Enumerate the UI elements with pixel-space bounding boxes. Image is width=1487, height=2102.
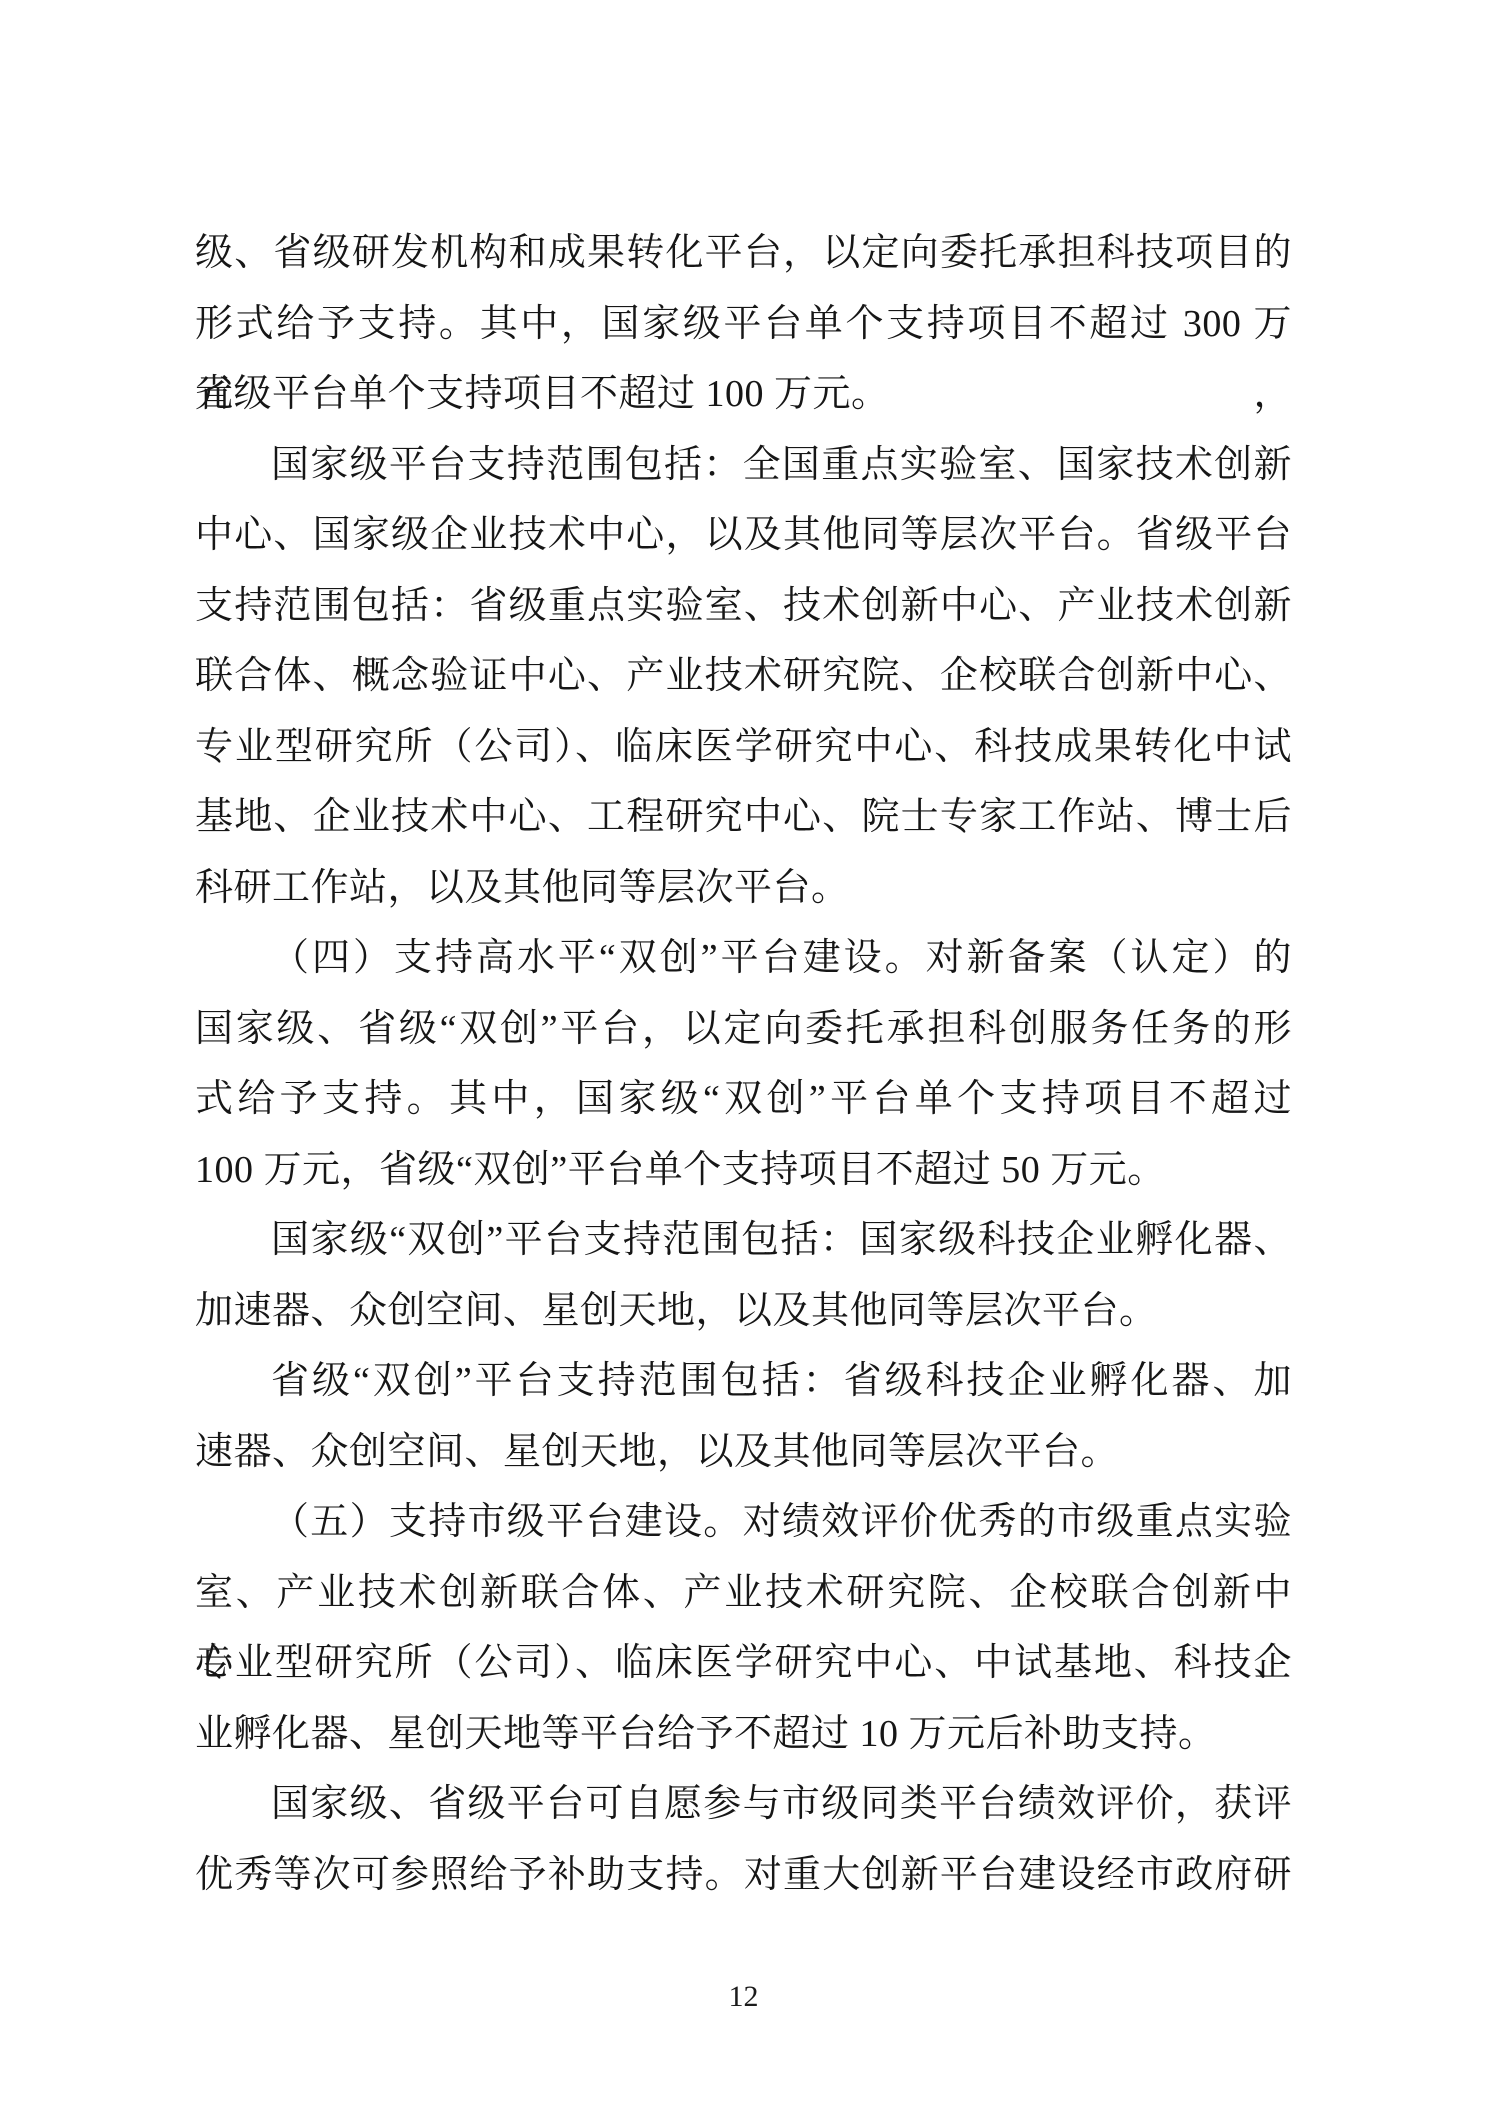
text-line: 100 万元，省级“双创”平台单个支持项目不超过 50 万元。 [195,1135,1292,1206]
document-body: 级、省级研发机构和成果转化平台，以定向委托承担科技项目的形式给予支持。其中，国家… [195,218,1292,1910]
text-line: 形式给予支持。其中，国家级平台单个支持项目不超过 300 万元， [195,289,1292,360]
text-line: 速器、众创空间、星创天地，以及其他同等层次平台。 [195,1417,1292,1488]
text-line: 联合体、概念验证中心、产业技术研究院、企校联合创新中心、 [195,641,1292,712]
text-line: 级、省级研发机构和成果转化平台，以定向委托承担科技项目的 [195,218,1292,289]
text-line: 省级“双创”平台支持范围包括：省级科技企业孵化器、加 [195,1346,1292,1417]
text-line: （五）支持市级平台建设。对绩效评价优秀的市级重点实验 [195,1487,1292,1558]
text-line: 国家级、省级“双创”平台，以定向委托承担科创服务任务的形 [195,994,1292,1065]
text-line: 国家级“双创”平台支持范围包括：国家级科技企业孵化器、 [195,1205,1292,1276]
page-number: 12 [0,1981,1487,2013]
text-line: 专业型研究所（公司）、临床医学研究中心、中试基地、科技企 [195,1628,1292,1699]
text-line: 国家级平台支持范围包括：全国重点实验室、国家技术创新 [195,430,1292,501]
text-line: 业孵化器、星创天地等平台给予不超过 10 万元后补助支持。 [195,1699,1292,1770]
text-line: 基地、企业技术中心、工程研究中心、院士专家工作站、博士后 [195,782,1292,853]
text-line: 优秀等次可参照给予补助支持。对重大创新平台建设经市政府研 [195,1840,1292,1911]
text-line: 中心、国家级企业技术中心，以及其他同等层次平台。省级平台 [195,500,1292,571]
text-line: 室、产业技术创新联合体、产业技术研究院、企校联合创新中心、 [195,1558,1292,1629]
text-line: 专业型研究所（公司）、临床医学研究中心、科技成果转化中试 [195,712,1292,783]
text-line: 支持范围包括：省级重点实验室、技术创新中心、产业技术创新 [195,571,1292,642]
text-line: 式给予支持。其中，国家级“双创”平台单个支持项目不超过 [195,1064,1292,1135]
text-line: 国家级、省级平台可自愿参与市级同类平台绩效评价，获评 [195,1769,1292,1840]
document-page: 级、省级研发机构和成果转化平台，以定向委托承担科技项目的形式给予支持。其中，国家… [0,0,1487,2102]
text-line: （四）支持高水平“双创”平台建设。对新备案（认定）的 [195,923,1292,994]
text-line: 科研工作站，以及其他同等层次平台。 [195,853,1292,924]
text-line: 加速器、众创空间、星创天地，以及其他同等层次平台。 [195,1276,1292,1347]
